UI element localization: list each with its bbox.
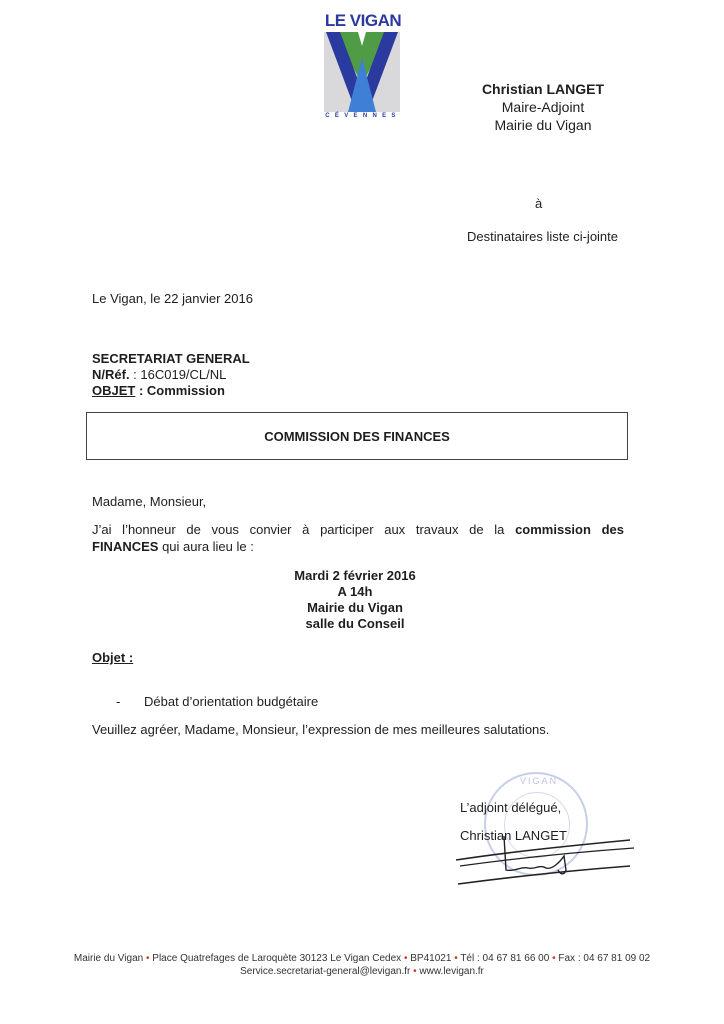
reference-value: : 16C019/CL/NL	[130, 367, 227, 382]
meeting-place: Mairie du Vigan	[280, 600, 430, 616]
object-value: : Commission	[135, 383, 225, 398]
meeting-date: Mardi 2 février 2016	[280, 568, 430, 584]
object-line: OBJET : Commission	[92, 383, 250, 399]
signatory-title: L’adjoint délégué,	[460, 800, 561, 815]
sender-role: Maire-Adjoint	[468, 98, 618, 116]
object-label: OBJET	[92, 383, 135, 398]
reference-block: SECRETARIAT GENERAL N/Réf. : 16C019/CL/N…	[92, 351, 250, 399]
meeting-room: salle du Conseil	[280, 616, 430, 632]
agenda-bullet: -	[116, 694, 144, 709]
meeting-details: Mardi 2 février 2016 A 14h Mairie du Vig…	[280, 568, 430, 632]
meeting-time: A 14h	[280, 584, 430, 600]
agenda-item: -Débat d’orientation budgétaire	[116, 694, 318, 709]
salutation: Madame, Monsieur,	[92, 494, 206, 509]
footer-line-1: Mairie du Vigan • Place Quatrefages de L…	[0, 952, 724, 965]
sender-block: Christian LANGET Maire-Adjoint Mairie du…	[468, 80, 618, 134]
logo-emblem	[324, 32, 400, 112]
sender-name: Christian LANGET	[468, 80, 618, 98]
date-line: Le Vigan, le 22 janvier 2016	[92, 291, 253, 306]
logo-tagline: CÉVENNES	[322, 113, 404, 119]
logo-v-shapes-icon	[324, 32, 400, 112]
footer: Mairie du Vigan • Place Quatrefages de L…	[0, 952, 724, 978]
stamp-text: VIGAN	[520, 776, 558, 786]
handwritten-signature-icon	[448, 826, 638, 892]
sender-org: Mairie du Vigan	[468, 116, 618, 134]
footer-email[interactable]: Service.secretariat-general@levigan.fr	[240, 966, 410, 977]
closing-line: Veuillez agréer, Madame, Monsieur, l’exp…	[92, 722, 549, 737]
recipient-label: Destinataires liste ci-jointe	[467, 229, 618, 244]
reference-label: N/Réf.	[92, 367, 130, 382]
recipient-prefix: à	[535, 196, 542, 211]
municipality-logo: LE VIGAN CÉVENNES	[322, 12, 404, 122]
logo-title: LE VIGAN	[322, 12, 404, 30]
department: SECRETARIAT GENERAL	[92, 351, 250, 367]
subject-box: COMMISSION DES FINANCES	[86, 412, 628, 460]
paragraph-line-2: FINANCES qui aura lieu le :	[92, 539, 254, 554]
reference-line: N/Réf. : 16C019/CL/NL	[92, 367, 250, 383]
agenda-heading: Objet :	[92, 650, 133, 665]
subject-title: COMMISSION DES FINANCES	[264, 429, 450, 444]
paragraph-line-1: J’ai l’honneur de vous convier à partici…	[92, 521, 624, 538]
footer-website[interactable]: www.levigan.fr	[419, 966, 483, 977]
footer-line-2: Service.secretariat-general@levigan.fr •…	[0, 965, 724, 978]
agenda-text: Débat d’orientation budgétaire	[144, 694, 318, 709]
invitation-paragraph: J’ai l’honneur de vous convier à partici…	[92, 521, 624, 555]
